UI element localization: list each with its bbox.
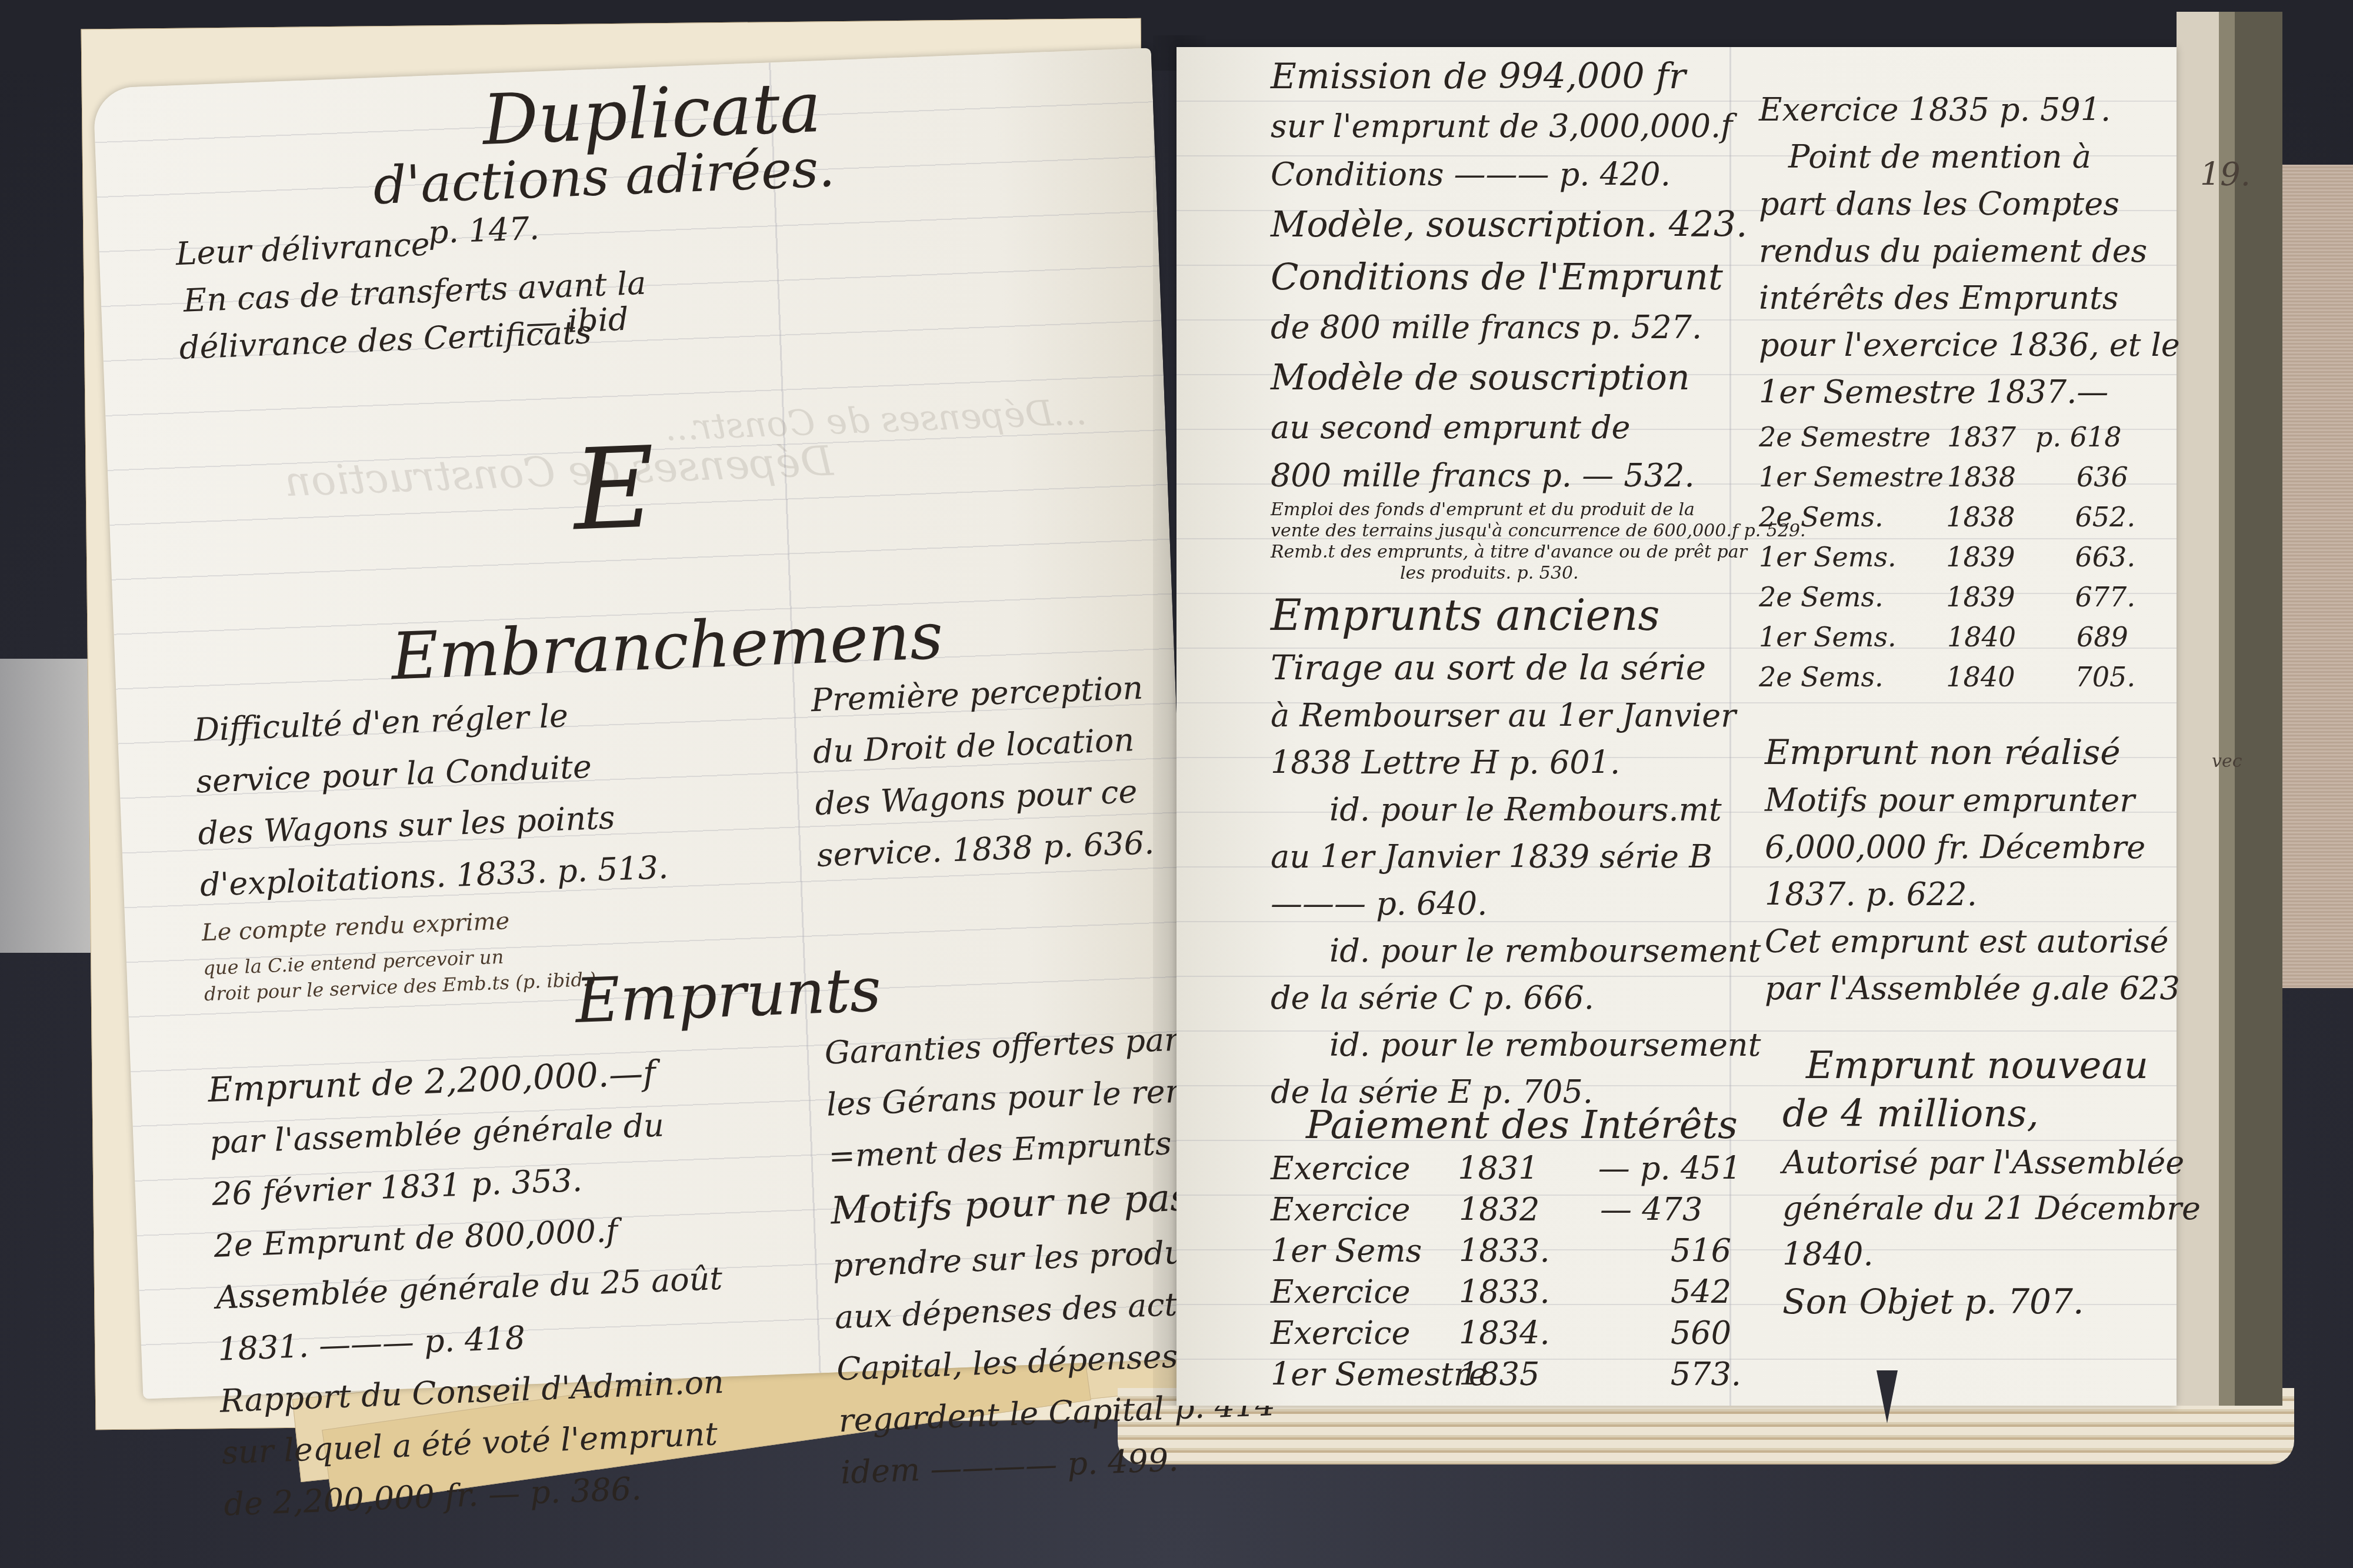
table-row: 1er Sems.1839663. <box>1759 543 2135 583</box>
entry-line: ——— p. 640. <box>1271 888 1761 920</box>
row-page: 663. <box>2075 543 2135 583</box>
table-row: Exercice 1833. 542 <box>1271 1276 1741 1317</box>
emprunt-non-realise-section: Emprunt non réalisé Motifs pour emprunte… <box>1765 735 2180 1005</box>
right-col1-top: Emission de 994,000 fr sur l'emprunt de … <box>1271 59 1806 582</box>
entry-line: Exercice 1835 p. 591. <box>1759 94 2180 126</box>
table-row: 1er Sems.1840689 <box>1759 623 2135 663</box>
entry-line: Modèle de souscription <box>1271 360 1806 395</box>
entry-line: 26 février 1831 p. 353. <box>211 1159 719 1210</box>
table-row: Exercice 1834. 560 <box>1271 1317 1741 1359</box>
entry-line: Difficulté d'en régler le <box>194 696 663 746</box>
row-year: 1833. <box>1459 1235 1600 1276</box>
small-note-line: Emploi des fonds d'emprunt et du produit… <box>1271 501 1806 519</box>
entry-line: idem ———— p. 499. <box>840 1437 1347 1489</box>
row-year: 1840 <box>1946 663 2034 703</box>
entry-line: Cet emprunt est autorisé <box>1765 926 2180 958</box>
table-row: 2e Sems.1839677. <box>1759 583 2135 623</box>
row-label: 2e Semestre <box>1759 423 1947 463</box>
section-letter-e: E <box>571 432 657 546</box>
heading-emprunt-nouveau: Emprunt nouveau <box>1806 1047 2201 1085</box>
table-row: Exercice 1831 — p. 451 <box>1271 1153 1741 1194</box>
row-page: 573. <box>1671 1359 1741 1400</box>
heading-embranchements: Embranchemens <box>390 603 944 689</box>
entry-line: 1840. <box>1782 1239 2201 1270</box>
heading-emprunts: Emprunts <box>574 959 882 1032</box>
entry-line: par l'Assemblée g.ale 623 <box>1765 973 2180 1005</box>
entry-line: Emprunt de 2,200,000.—f <box>207 1053 715 1107</box>
right-page: Emission de 994,000 fr sur l'emprunt de … <box>1176 47 2177 1406</box>
left-page: Dépenses de Construction ...Dépenses de … <box>93 48 1201 1399</box>
entry-line: sur lequel a été voté l'emprunt <box>221 1418 729 1469</box>
row-label: Exercice <box>1271 1194 1459 1235</box>
entry-line: du Droit de location <box>812 723 1151 768</box>
entry-line: rendus du paiement des <box>1759 235 2180 267</box>
entry-line: de 2,200,000 fr. — p. 386. <box>223 1470 731 1521</box>
emprunt-nouveau-section: Emprunt nouveau de 4 millions, Autorisé … <box>1782 1047 2201 1319</box>
row-page: 652. <box>2075 503 2135 543</box>
entry-line: de 800 mille francs p. 527. <box>1271 312 1806 343</box>
entry-line: 1837. p. 622. <box>1765 879 2180 910</box>
entry-line: Conditions de l'Emprunt <box>1271 259 1806 295</box>
wooden-surface <box>2282 165 2353 988</box>
row-page: 560 <box>1671 1317 1731 1359</box>
entry-line: sur l'emprunt de 3,000,000.f <box>1271 111 1806 142</box>
entry-line: Première perception <box>811 672 1149 716</box>
semestres-table: 2e Semestre1837p. 618 1er Semestre183863… <box>1759 423 2135 703</box>
entry-line: Point de mention à <box>1788 141 2180 173</box>
entry-line: 1838 Lettre H p. 601. <box>1271 747 1761 779</box>
entry-line: 2e Emprunt de 800,000.f <box>214 1211 721 1262</box>
entry-line: par l'assemblée générale du <box>209 1107 717 1159</box>
entry-line: id. pour le Rembours.mt <box>1329 794 1761 826</box>
entry-line: 1er Semestre 1837.— <box>1759 376 2180 408</box>
table-row: 1er Sems 1833. 516 <box>1271 1235 1741 1276</box>
table-row: 2e Sems.1838652. <box>1759 503 2135 543</box>
entry-line: Rapport du Conseil d'Admin.on <box>219 1366 727 1417</box>
row-page: 636 <box>2077 463 2128 503</box>
row-year: 1840 <box>1947 623 2035 663</box>
heading-paiement-interets: Paiement des Intérêts <box>1306 1106 1738 1145</box>
entry-line: Tirage au sort de la série <box>1271 650 1761 685</box>
row-label: 2e Sems. <box>1759 663 1946 703</box>
entry-line: des Wagons pour ce <box>814 775 1152 820</box>
row-year: 1837 <box>1947 423 2035 463</box>
entry-line: Modèle, souscription. 423. <box>1271 207 1806 242</box>
row-label: 1er Sems <box>1271 1235 1459 1276</box>
row-page: 689 <box>2077 623 2128 663</box>
page-ref: p. 147. <box>428 212 540 248</box>
entry-line: id. pour le remboursement <box>1329 935 1761 967</box>
heading-emprunts-anciens: Emprunts anciens <box>1271 594 1761 636</box>
row-year: 1838 <box>1947 463 2035 503</box>
row-label: 1er Sems. <box>1759 623 1947 663</box>
interets-table: Exercice 1831 — p. 451 Exercice 1832 — 4… <box>1271 1153 1741 1400</box>
torn-page-notch <box>1877 1370 1898 1423</box>
row-page: — p. 451 <box>1598 1153 1741 1194</box>
row-year: 1832 <box>1459 1194 1600 1235</box>
entry-line: Autorisé par l'Assemblée <box>1782 1147 2201 1179</box>
entry-line: Son Objet p. 707. <box>1782 1285 2201 1319</box>
entry-line: Leur délivrance <box>175 229 431 271</box>
entry-line: générale du 21 Décembre <box>1782 1193 2201 1225</box>
edge-fragment: 19. <box>2200 159 2251 191</box>
entry-line: part dans les Comptes <box>1759 188 2180 220</box>
row-label: 2e Sems. <box>1759 503 1946 543</box>
table-row: Exercice 1832 — 473 <box>1271 1194 1741 1235</box>
entry-line: de la série C p. 666. <box>1271 982 1761 1014</box>
entry-line: 1831. ——— p. 418 <box>217 1315 725 1366</box>
entry-line: 800 mille francs p. — 532. <box>1271 460 1806 492</box>
entry-line: service. 1838 p. 636. <box>816 827 1155 872</box>
entry-line: id. pour le remboursement <box>1329 1029 1761 1061</box>
entry-line: intérêts des Emprunts <box>1759 282 2180 314</box>
row-label: 1er Semestre <box>1759 463 1947 503</box>
table-row: 1er Semestre 1835 573. <box>1271 1359 1741 1400</box>
note-line: Le compte rendu exprime <box>201 903 670 945</box>
row-year: 1831 <box>1458 1153 1598 1194</box>
row-year: 1838 <box>1946 503 2034 543</box>
entry-line: pour l'exercice 1836, et le <box>1759 329 2180 361</box>
table-row: 2e Semestre1837p. 618 <box>1759 423 2135 463</box>
entry-line: Assemblée générale du 25 août <box>215 1263 723 1314</box>
small-note-line: Remb.t des emprunts, à titre d'avance ou… <box>1271 543 1806 561</box>
row-page: 705. <box>2075 663 2135 703</box>
entry-line: au second emprunt de <box>1271 412 1806 443</box>
heading-emprunt-non-realise: Emprunt non réalisé <box>1765 735 2180 769</box>
row-page: 542 <box>1671 1276 1731 1317</box>
embranchements-col1: Difficulté d'en régler le service pour l… <box>194 696 673 1003</box>
entry-line: des Wagons sur les points <box>198 800 667 850</box>
table-row: 1er Semestre1838636 <box>1759 463 2135 503</box>
small-note-line: les produits. p. 530. <box>1400 565 1806 582</box>
row-year: 1835 <box>1459 1359 1600 1400</box>
row-page: 516 <box>1671 1235 1731 1276</box>
page-ref: — ibid <box>525 303 629 339</box>
subheading-actions-adirees: d'actions adirées. <box>372 142 836 212</box>
row-page: p. 618 <box>2035 423 2122 463</box>
row-label: Exercice <box>1271 1317 1459 1359</box>
row-year: 1834. <box>1459 1317 1600 1359</box>
row-page: 677. <box>2075 583 2135 623</box>
small-note-line: vente des terrains jusqu'à concurrence d… <box>1271 522 1806 540</box>
entry-line: Motifs pour emprunter <box>1765 785 2180 816</box>
entry-line: Conditions ——— p. 420. <box>1271 159 1806 191</box>
entry-line: Emission de 994,000 fr <box>1271 59 1806 94</box>
edge-fragment: vec <box>2212 753 2242 770</box>
row-year: 1839 <box>1946 583 2034 623</box>
row-label: 1er Sems. <box>1759 543 1946 583</box>
ink-bleed-text: Dépenses de Construction <box>284 437 834 506</box>
row-year: 1839 <box>1946 543 2034 583</box>
row-label: 1er Semestre <box>1271 1359 1459 1400</box>
emprunts-col1: Emprunt de 2,200,000.—f par l'assemblée … <box>207 1053 731 1521</box>
row-label: Exercice <box>1271 1276 1459 1317</box>
row-label: 2e Sems. <box>1759 583 1946 623</box>
entry-line: 6,000,000 fr. Décembre <box>1765 832 2180 863</box>
row-page: — 473 <box>1600 1194 1702 1235</box>
right-col2-intro: Exercice 1835 p. 591. Point de mention à… <box>1759 94 2180 408</box>
entry-line: au 1er Janvier 1839 série B <box>1271 841 1761 873</box>
entry-line: de 4 millions, <box>1782 1095 2201 1133</box>
entry-line: à Rembourser au 1er Janvier <box>1271 700 1761 732</box>
entry-line: service pour la Conduite <box>195 748 665 798</box>
row-label: Exercice <box>1271 1153 1458 1194</box>
entry-line: d'exploitations. 1833. p. 513. <box>199 852 669 902</box>
row-year: 1833. <box>1459 1276 1600 1317</box>
embranchements-col2: Première perception du Droit de location… <box>811 672 1155 872</box>
ink-bleed-text: ...Dépenses de Constr... <box>664 392 1088 449</box>
table-row: 2e Sems.1840705. <box>1759 663 2135 703</box>
emprunts-anciens-section: Emprunts anciens Tirage au sort de la sé… <box>1271 594 1761 1108</box>
